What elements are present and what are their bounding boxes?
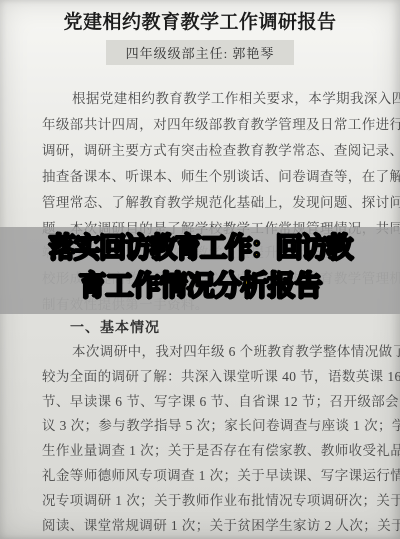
document-line: 阅读、课堂常规调研 1 次；关于贫困学生家访 2 人次；关于 — [42, 514, 378, 539]
document-line: 本次调研中，我对四年级 6 个班教育教学整体情况做了 — [42, 340, 378, 365]
document-subtitle-row: 四年级级部主任: 郭艳琴 — [0, 40, 400, 65]
paragraph-2: 本次调研中，我对四年级 6 个班教育教学整体情况做了较为全面的调研了解：共深入课… — [42, 340, 378, 538]
document-line: 抽查备课本、听课本、师生个别谈话、问卷调查等，在了解 — [42, 164, 378, 190]
caption-line-2: 育工作情况分析报告 — [0, 267, 400, 305]
document-line: 年级部共计四周，对四年级部教育教学管理及日常工作进行 — [42, 112, 378, 138]
document-line: 礼金等师德师风专项调查 1 次；关于早读课、写字课运行情 — [42, 464, 378, 489]
document-subtitle: 四年级级部主任: 郭艳琴 — [106, 40, 295, 65]
document-line: 议 3 次；参与教学指导 5 次；家长问卷调查与座谈 1 次；学 — [42, 414, 378, 439]
section-heading-basic-situation: 一、基本情况 — [70, 317, 160, 337]
caption-line-1: 落实回访教育工作：回访教 — [6, 229, 394, 267]
caption-overlay: 落实回访教育工作：回访教 育工作情况分析报告 — [0, 229, 400, 305]
document-line: 调研，调研主要方式有突击检查教育教学常态、查阅记录、 — [42, 138, 378, 164]
document-line: 根据党建相约教育教学工作相关要求，本学期我深入四 — [42, 86, 378, 112]
document-line: 生作业量调查 1 次；关于是否存在有偿家教、教师收受礼品 — [42, 439, 378, 464]
document-photo: 党建相约教育教学工作调研报告 四年级级部主任: 郭艳琴 根据党建相约教育教学工作… — [0, 0, 400, 539]
document-line: 况专项调研 1 次；关于教师作业布批情况专项调研次；关于 — [42, 489, 378, 514]
document-line: 较为全面的调研了解：共深入课堂听课 40 节，语数英课 16 — [42, 365, 378, 390]
document-line: 节、早读课 6 节、写字课 6 节、自省课 12 节；召开级部会 — [42, 390, 378, 415]
document-title: 党建相约教育教学工作调研报告 — [0, 7, 400, 34]
paragraph-1: 根据党建相约教育教学工作相关要求，本学期我深入四年级部共计四周，对四年级部教育教… — [42, 86, 378, 242]
document-line: 管理常态、了解教育教学规范化基础上，发现问题、探讨问 — [42, 190, 378, 216]
